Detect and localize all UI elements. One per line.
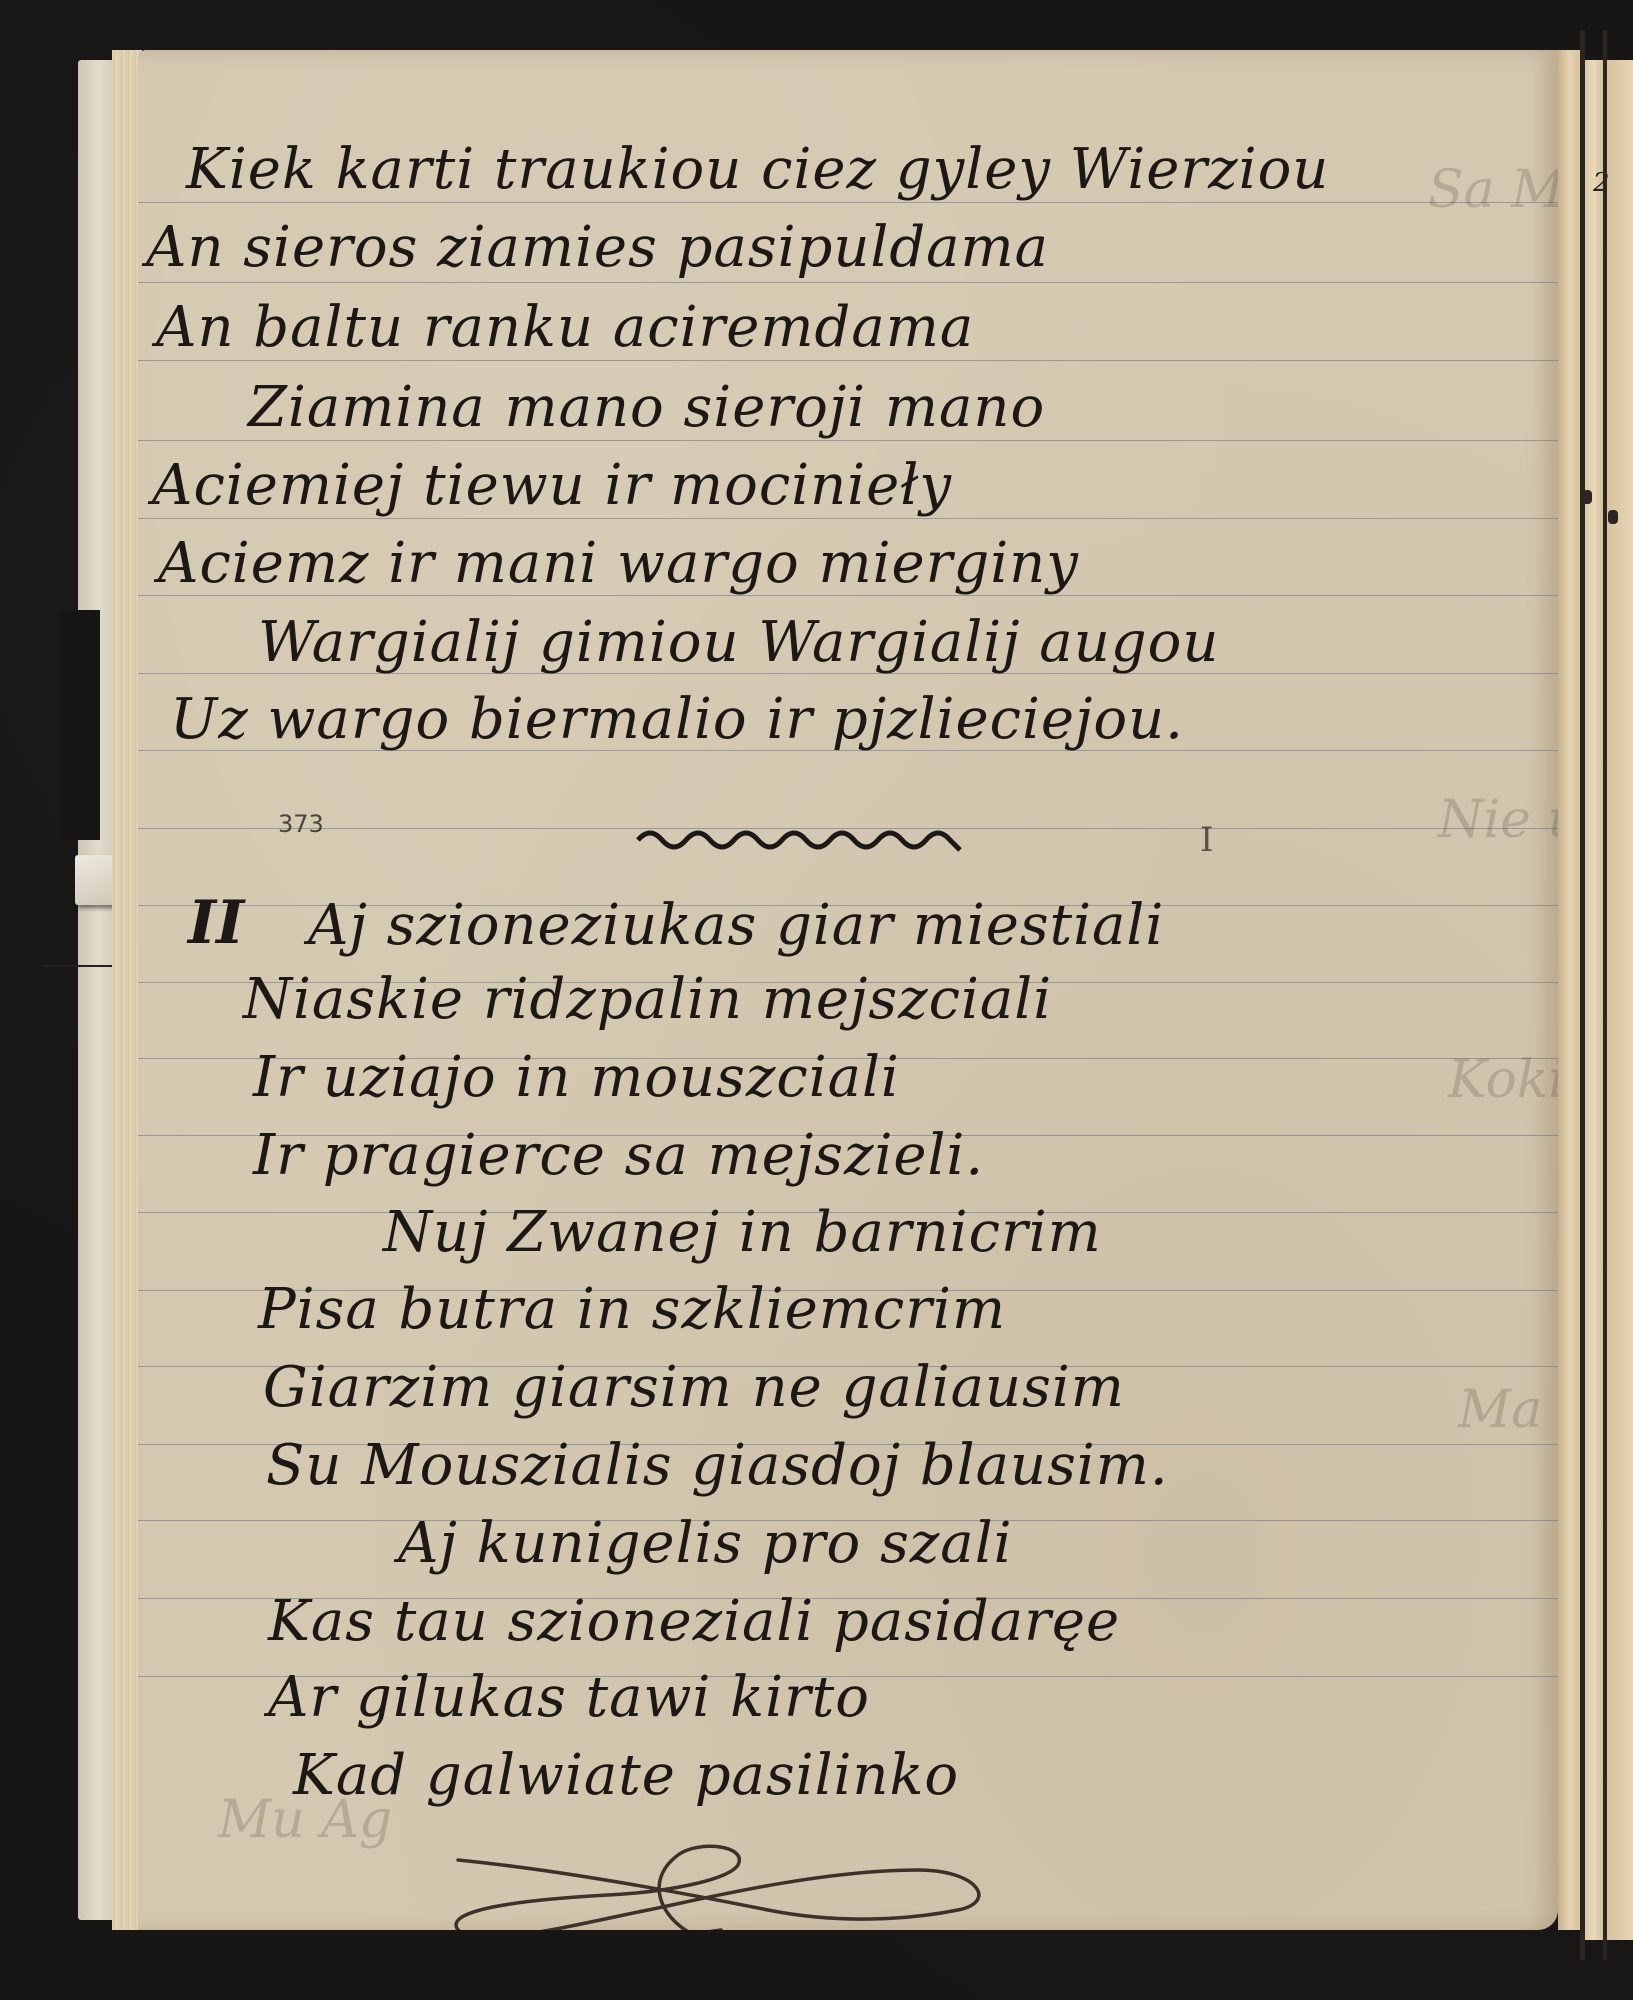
bleedthrough-text: Sa Mon <box>1428 160 1558 220</box>
verse-number-marker: II <box>188 888 244 958</box>
bleedthrough-text: Nie u <box>1438 790 1558 850</box>
manuscript-line: Aciemz ir mani wargo mierginy <box>158 536 1079 592</box>
manuscript-line: Ar gilukas tawi kirto <box>268 1670 870 1726</box>
manuscript-line: Wargialij gimiou Wargialij augou <box>258 615 1219 671</box>
manuscript-line: An baltu ranku aciremdama <box>156 300 974 356</box>
bleedthrough-text: Kokie <box>1448 1050 1558 1110</box>
ruled-line <box>138 202 1558 203</box>
manuscript-line: Aj szioneziukas giar miestiali <box>308 898 1164 954</box>
manuscript-line: Nuj Zwanej in barnicrim <box>383 1205 1102 1261</box>
manuscript-line: Pisa butra in szkliemcrim <box>258 1282 1006 1338</box>
manuscript-line: Kiek karti traukiou ciez gyley Wierziou <box>186 142 1329 198</box>
manuscript-line: Su Mouszialis giasdoj blausim. <box>266 1438 1169 1494</box>
paper-crack <box>42 965 112 967</box>
manuscript-line: Kad galwiate pasilinko <box>293 1748 959 1804</box>
manuscript-line: An sieros ziamies pasipuldama <box>146 220 1049 276</box>
next-page-edge <box>1585 60 1603 1940</box>
ruled-line <box>138 360 1558 361</box>
next-page-edge <box>1558 50 1580 1930</box>
ink-blot <box>1608 510 1618 524</box>
manuscript-line: Aciemiej tiewu ir mocinieły <box>152 458 952 514</box>
wavy-divider <box>633 820 993 860</box>
notebook-page: Sa Mon Nie u Kokie Ma Mu Ag Kiek karti t… <box>138 50 1558 1930</box>
ruled-line <box>138 518 1558 519</box>
next-page-edge <box>1607 60 1633 1940</box>
torn-gap <box>60 610 100 840</box>
manuscript-line: Niaskie ridzpalin mejszciali <box>243 972 1052 1028</box>
manuscript-line: Ziamina mano sieroji mano <box>248 380 1045 436</box>
archive-number: 373 <box>278 810 324 838</box>
ruled-line <box>138 440 1558 441</box>
pencil-mark: I <box>1200 820 1213 860</box>
ruled-line <box>138 282 1558 283</box>
torn-paper-flap <box>75 855 115 905</box>
manuscript-line: Ir uziajo in mouszciali <box>253 1050 900 1106</box>
ink-blot <box>1582 490 1592 504</box>
bleedthrough-text: Ma <box>1458 1380 1542 1440</box>
end-flourish <box>438 1840 998 1930</box>
manuscript-line: Aj kunigelis pro szali <box>398 1516 1013 1572</box>
edge-page-mark: 2 <box>1593 168 1610 198</box>
manuscript-line: Kas tau szioneziali pasidaręe <box>268 1594 1120 1650</box>
manuscript-line: Uz wargo biermalio ir pjzlieciejou. <box>170 692 1184 748</box>
manuscript-line: Ir pragierce sa mejszieli. <box>253 1128 984 1184</box>
manuscript-line: Giarzim giarsim ne galiausim <box>263 1360 1125 1416</box>
